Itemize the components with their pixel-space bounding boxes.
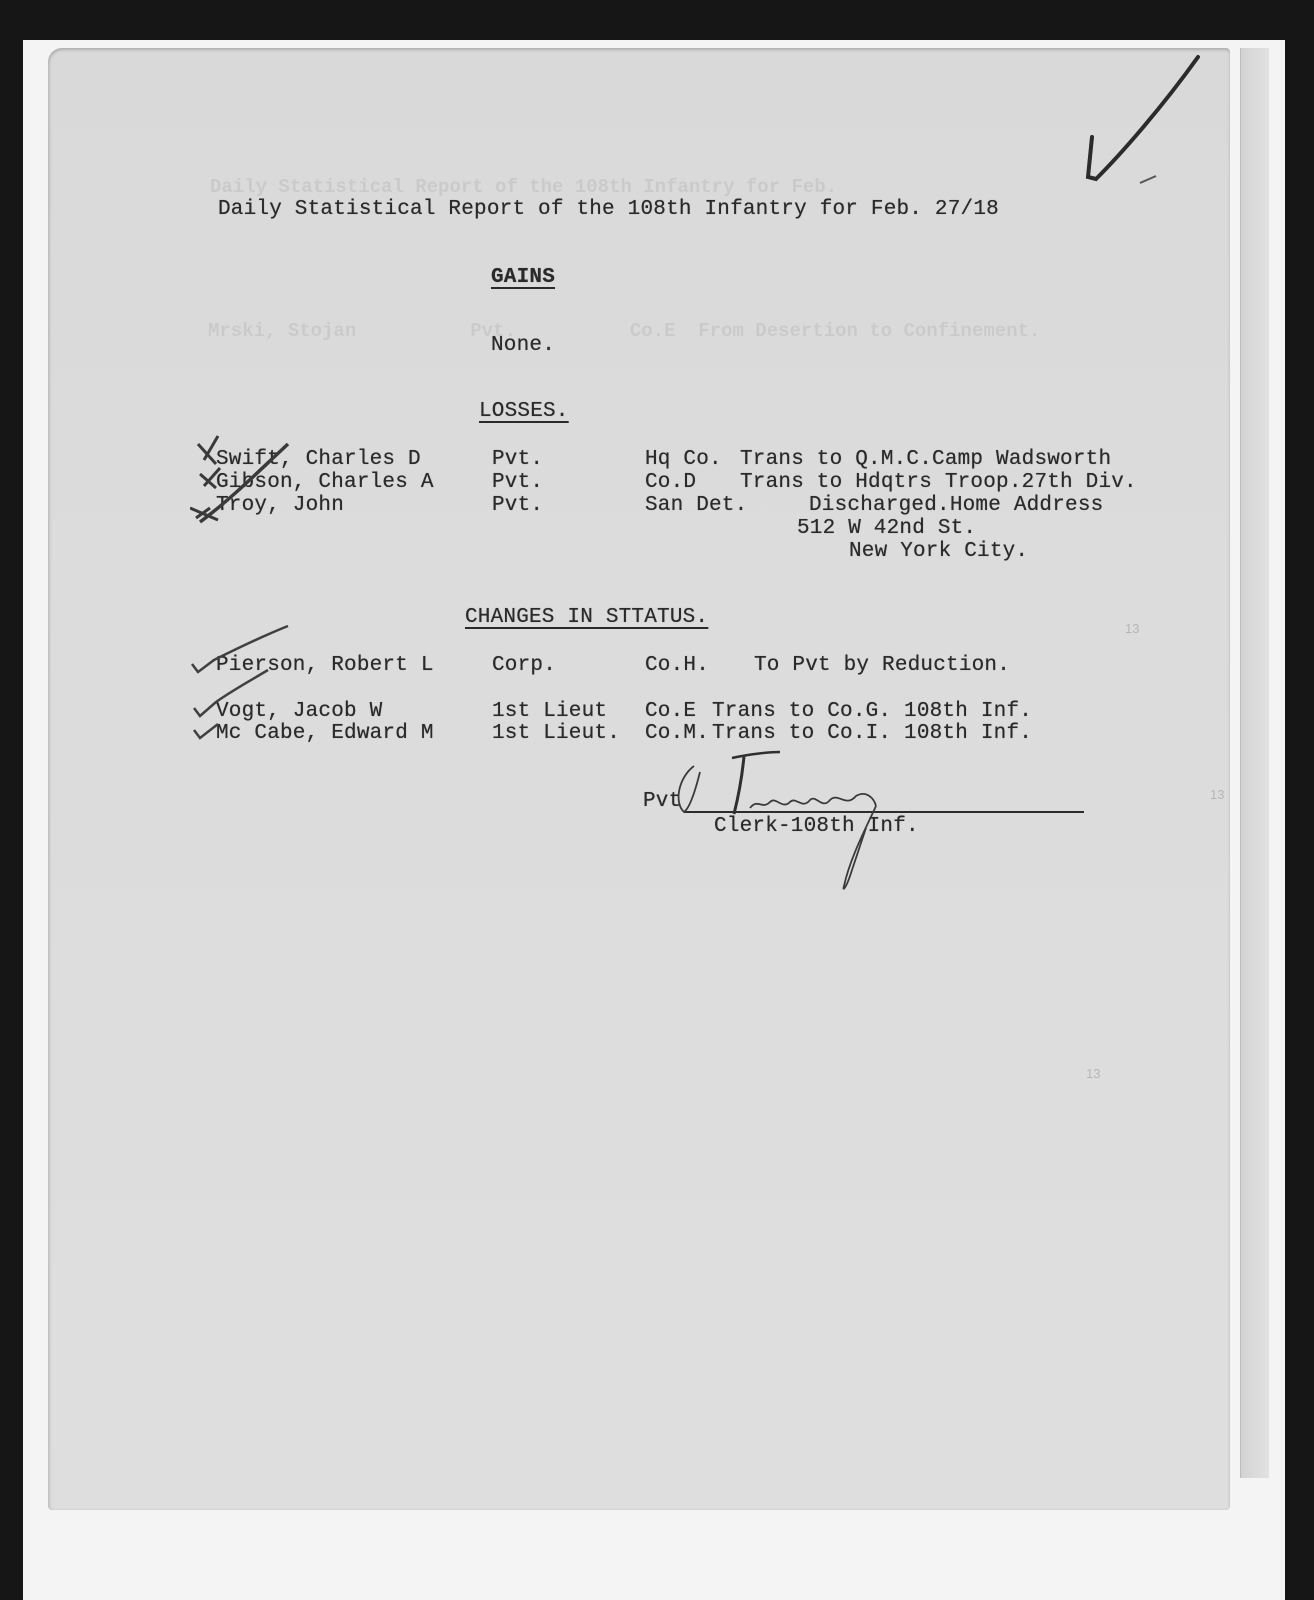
losses-name: Swift, Charles D (216, 448, 421, 471)
gains-heading: GAINS (491, 266, 555, 289)
signature-line (684, 811, 1084, 813)
losses-name: Gibson, Charles A (216, 471, 434, 494)
losses-action: Trans to Hdqtrs Troop.27th Div. (740, 471, 1137, 494)
bleed-through-title: Daily Statistical Report of the 108th In… (210, 176, 837, 198)
signature-title: Clerk-108th Inf. (714, 815, 919, 838)
changes-rank: 1st Lieut. (492, 722, 620, 745)
home-address-line2: New York City. (849, 540, 1028, 563)
margin-mark: 13 (1086, 1066, 1100, 1081)
signature-prefix: Pvt (643, 790, 681, 813)
margin-mark: 13 (1210, 787, 1224, 802)
page-edge-fold (1240, 48, 1269, 1478)
changes-rank: Corp. (492, 654, 556, 677)
bleed-through-row: Mrski, Stojan Pvt. Co.E From Desertion t… (208, 320, 1040, 342)
losses-name: Troy, John (216, 494, 344, 517)
losses-rank: Pvt. (492, 448, 543, 471)
losses-unit: San Det. (645, 494, 747, 517)
changes-name: Pierson, Robert L (216, 654, 434, 677)
changes-unit: Co.E (645, 700, 696, 723)
report-title: Daily Statistical Report of the 108th In… (218, 198, 999, 221)
changes-name: Vogt, Jacob W (216, 700, 382, 723)
losses-unit: Hq Co. (645, 448, 722, 471)
losses-heading: LOSSES. (479, 400, 569, 423)
document-page (48, 48, 1230, 1510)
losses-action: Discharged.Home Address (809, 494, 1103, 517)
changes-unit: Co.H. (645, 654, 709, 677)
margin-mark: 13 (1125, 621, 1139, 636)
changes-name: Mc Cabe, Edward M (216, 722, 434, 745)
losses-unit: Co.D (645, 471, 696, 494)
changes-rank: 1st Lieut (492, 700, 607, 723)
changes-action: To Pvt by Reduction. (754, 654, 1010, 677)
gains-body: None. (491, 334, 555, 357)
losses-action: Trans to Q.M.C.Camp Wadsworth (740, 448, 1111, 471)
changes-unit: Co.M. (645, 722, 709, 745)
changes-action: Trans to Co.G. 108th Inf. (712, 700, 1032, 723)
losses-rank: Pvt. (492, 494, 543, 517)
home-address-line1: 512 W 42nd St. (797, 517, 976, 540)
changes-in-status-heading: CHANGES IN STTATUS. (465, 606, 708, 629)
changes-action: Trans to Co.I. 108th Inf. (712, 722, 1032, 745)
losses-rank: Pvt. (492, 471, 543, 494)
